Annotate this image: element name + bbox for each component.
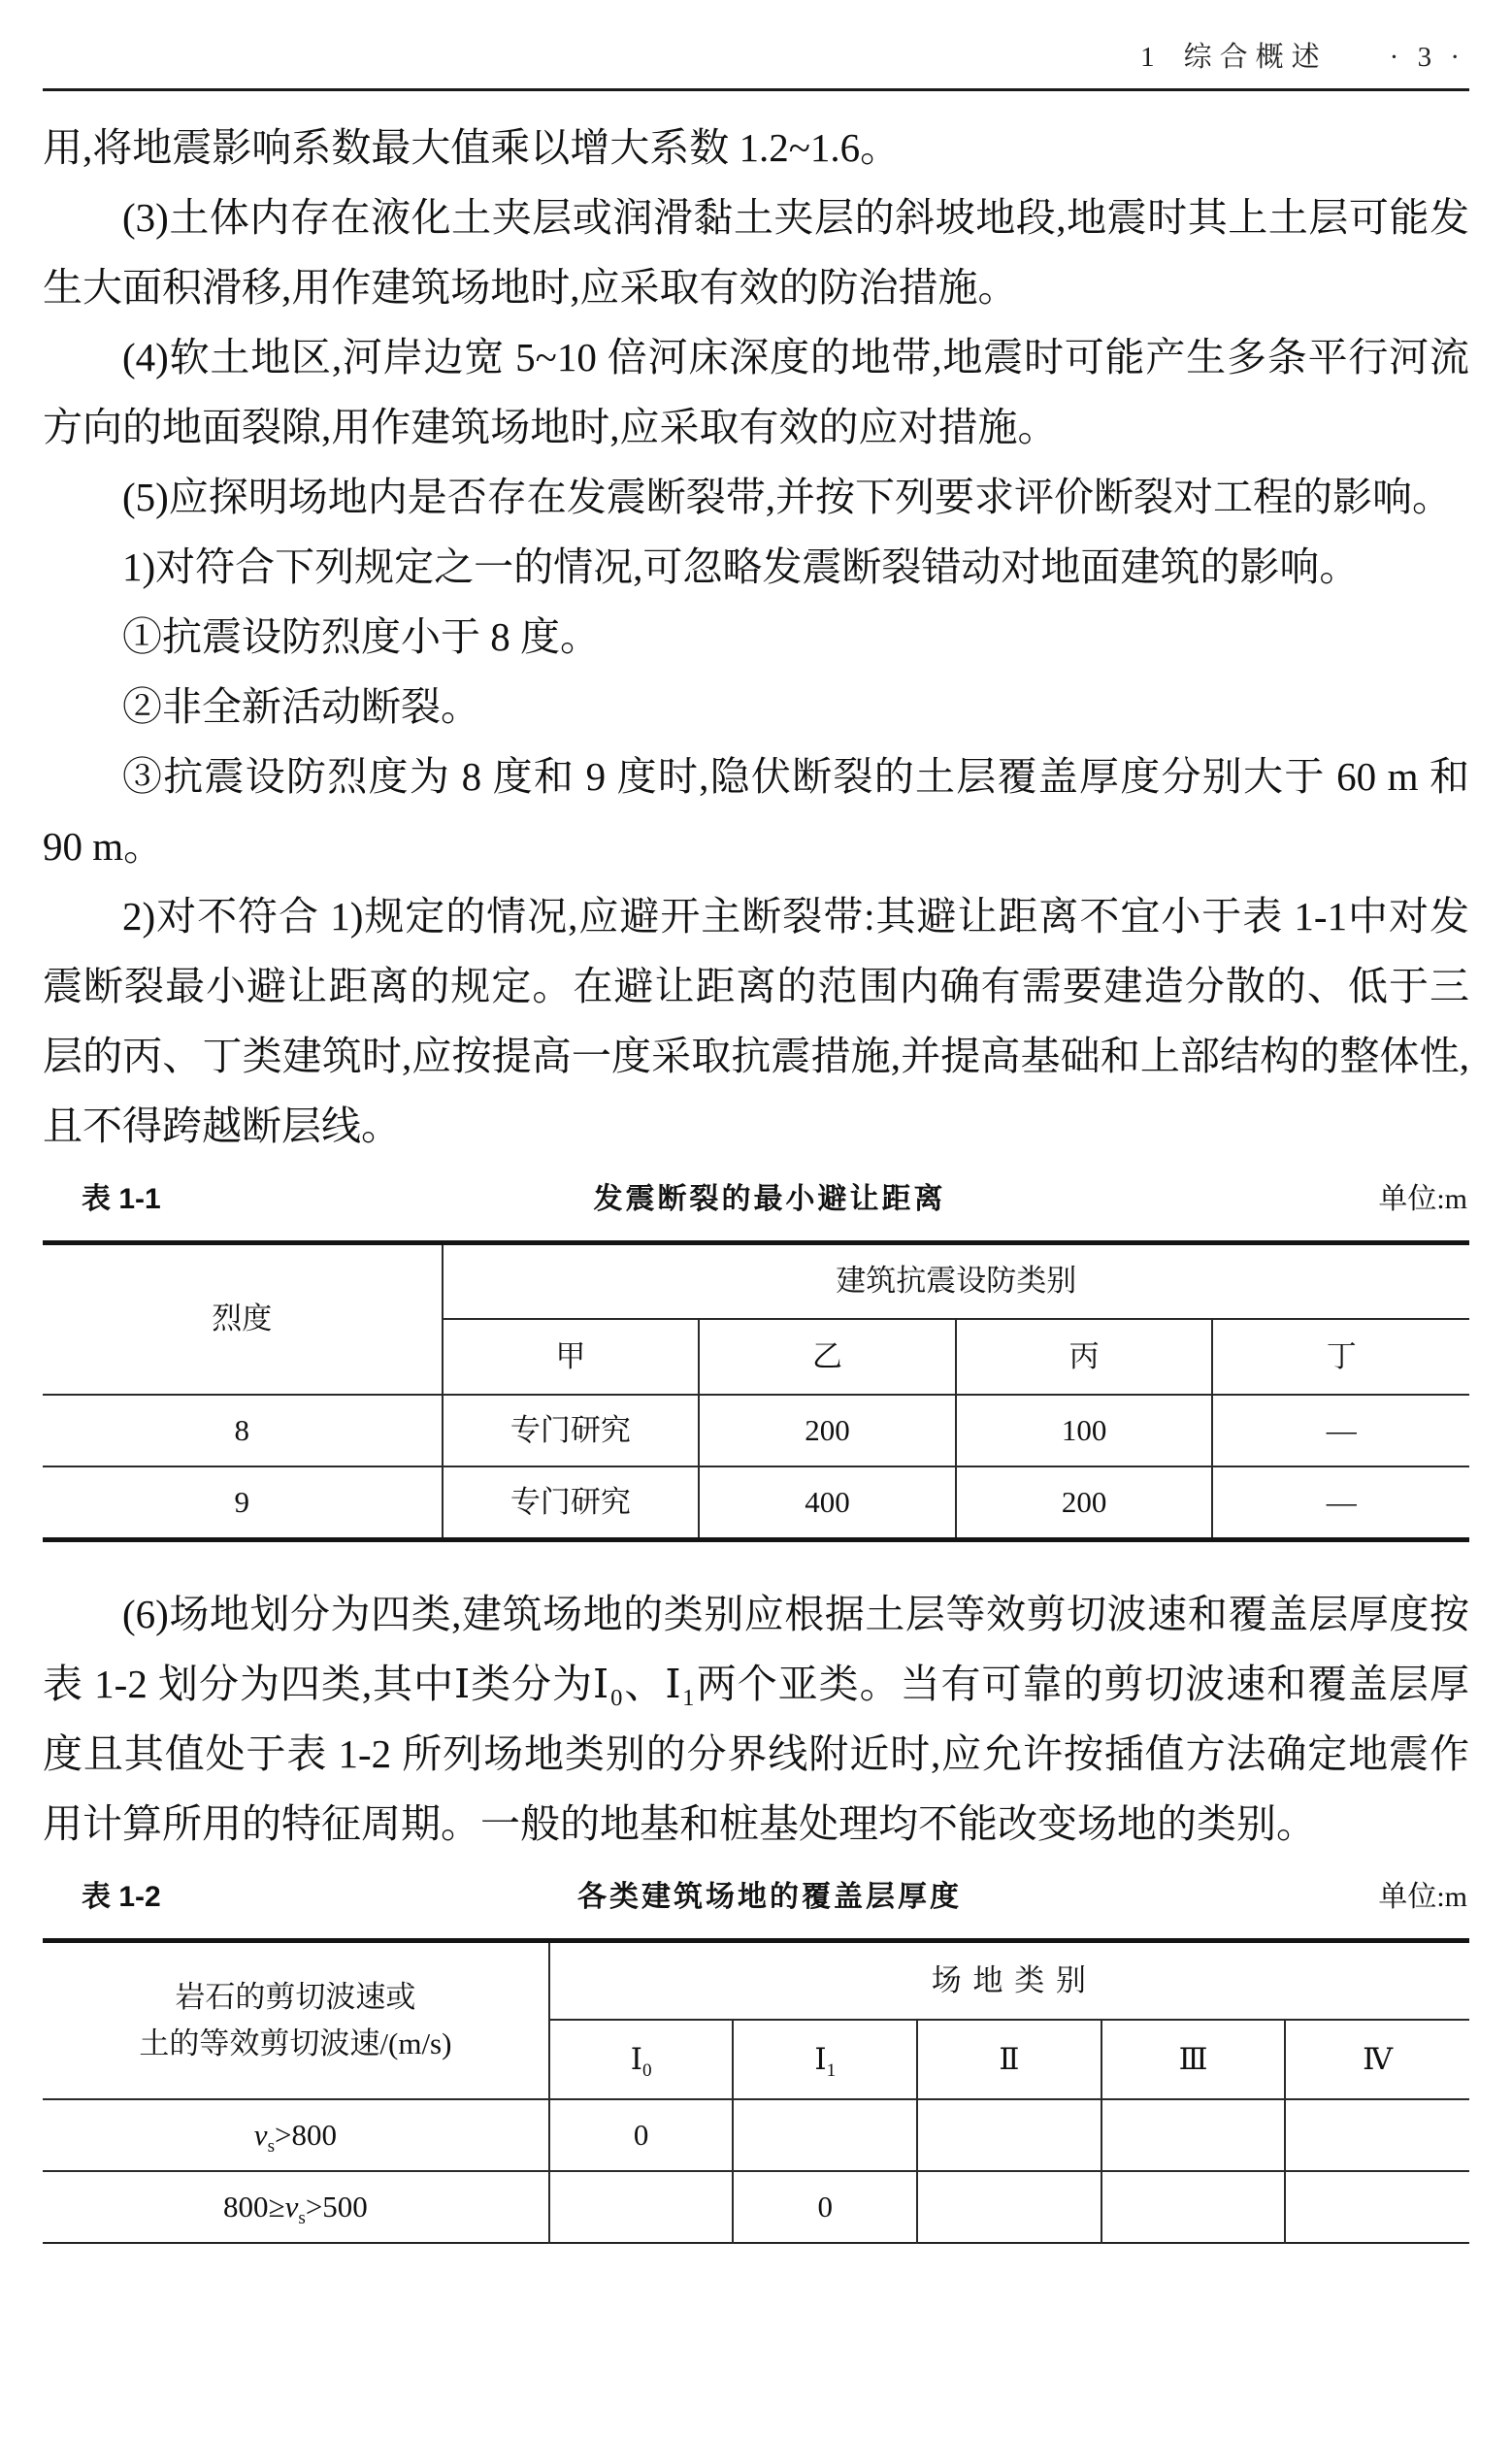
chapter-number: 1 xyxy=(1140,42,1159,74)
table2-header-class-I1: Ⅰ1 xyxy=(733,2020,917,2099)
table1-row-intensity-9: 9 专门研究 400 200 — xyxy=(43,1466,1469,1540)
paragraph-item-4: (4)软土地区,河岸边宽 5~10 倍河床深度的地带,地震时可能产生多条平行河流… xyxy=(43,322,1469,462)
table2-header-wave-speed-line2: 土的等效剪切波速/(m/s) xyxy=(49,2021,542,2067)
table2-cell xyxy=(917,2171,1101,2243)
table2-header-group: 场 地 类 别 xyxy=(549,1940,1469,2020)
header-divider xyxy=(43,88,1469,91)
table2-header-class-II: Ⅱ xyxy=(917,2020,1101,2099)
table1-header-group: 建筑抗震设防类别 xyxy=(443,1243,1469,1319)
table1-cell: 200 xyxy=(699,1395,956,1466)
table-site-cover-thickness: 岩石的剪切波速或 土的等效剪切波速/(m/s) 场 地 类 别 Ⅰ0 Ⅰ1 Ⅱ … xyxy=(43,1938,1469,2245)
chapter-title: 综合概述 xyxy=(1184,35,1328,75)
table1-cell: — xyxy=(1212,1395,1469,1466)
table2-caption: 表 1-2 各类建筑场地的覆盖层厚度 单位:m xyxy=(43,1878,1469,1917)
table1-header-row-1: 烈度 建筑抗震设防类别 xyxy=(43,1243,1469,1319)
table1-header-class-ding: 丁 xyxy=(1212,1319,1469,1395)
paragraph-circle-3: ③抗震设防烈度为 8 度和 9 度时,隐伏断裂的土层覆盖厚度分别大于 60 m … xyxy=(43,741,1469,881)
table2-cell xyxy=(1101,2099,1286,2171)
table1-cell: 专门研究 xyxy=(443,1466,700,1540)
paragraph-item-5: (5)应探明场地内是否存在发震断裂带,并按下列要求评价断裂对工程的影响。 xyxy=(43,462,1469,532)
page-number: · 3 · xyxy=(1390,42,1465,74)
table2-cell xyxy=(917,2099,1101,2171)
table2-header-class-I0: Ⅰ0 xyxy=(549,2020,734,2099)
table2-header-row-1: 岩石的剪切波速或 土的等效剪切波速/(m/s) 场 地 类 别 xyxy=(43,1940,1469,2020)
table1-cell-intensity: 9 xyxy=(43,1466,443,1540)
paragraph-continued: 用,将地震影响系数最大值乘以增大系数 1.2~1.6。 xyxy=(43,113,1469,182)
table2-cell xyxy=(549,2171,734,2243)
table1-cell: 400 xyxy=(699,1466,956,1540)
table2-header-wave-speed: 岩石的剪切波速或 土的等效剪切波速/(m/s) xyxy=(43,1940,549,2099)
table1-cell: — xyxy=(1212,1466,1469,1540)
table2-header-wave-speed-line1: 岩石的剪切波速或 xyxy=(49,1974,542,2021)
table2-header-class-IV: Ⅳ xyxy=(1285,2020,1469,2099)
table1-row-intensity-8: 8 专门研究 200 100 — xyxy=(43,1395,1469,1466)
page-header: 1 综合概述 · 3 · xyxy=(43,35,1469,75)
table2-cell xyxy=(733,2099,917,2171)
paragraph-circle-1: ①抗震设防烈度小于 8 度。 xyxy=(43,602,1469,672)
table2-cell: 0 xyxy=(549,2099,734,2171)
table1-cell-intensity: 8 xyxy=(43,1395,443,1466)
paragraph-item-3: (3)土体内存在液化土夹层或润滑黏土夹层的斜坡地段,地震时其上土层可能发生大面积… xyxy=(43,182,1469,322)
table1-header-class-bing: 丙 xyxy=(956,1319,1213,1395)
table1-cell: 100 xyxy=(956,1395,1213,1466)
table2-title: 各类建筑场地的覆盖层厚度 xyxy=(161,1878,1379,1917)
paragraph-item-6: (6)场地划分为四类,建筑场地的类别应根据土层等效剪切波速和覆盖层厚度按表 1-… xyxy=(43,1579,1469,1859)
table1-label: 表 1-1 xyxy=(82,1180,161,1219)
table2-cell xyxy=(1285,2099,1469,2171)
table1-caption: 表 1-1 发震断裂的最小避让距离 单位:m xyxy=(43,1180,1469,1219)
paragraph-circle-2: ②非全新活动断裂。 xyxy=(43,672,1469,741)
table2-row-800-to-500: 800≥vs>500 0 xyxy=(43,2171,1469,2243)
table-min-avoidance-distance: 烈度 建筑抗震设防类别 甲 乙 丙 丁 8 专门研究 200 100 — xyxy=(43,1240,1469,1542)
table2-label: 表 1-2 xyxy=(82,1878,161,1917)
table2-cell: 0 xyxy=(733,2171,917,2243)
table2-condition: 800≥vs>500 xyxy=(43,2171,549,2243)
table1-header-class-yi: 乙 xyxy=(699,1319,956,1395)
table1-header-intensity: 烈度 xyxy=(43,1243,443,1395)
table2-cell xyxy=(1101,2171,1286,2243)
main-text: 用,将地震影响系数最大值乘以增大系数 1.2~1.6。 (3)土体内存在液化土夹… xyxy=(43,113,1469,2244)
paragraph-subitem-2: 2)对不符合 1)规定的情况,应避开主断裂带:其避让距离不宜小于表 1-1中对发… xyxy=(43,881,1469,1161)
book-page: 1 综合概述 · 3 · 用,将地震影响系数最大值乘以增大系数 1.2~1.6。… xyxy=(0,0,1512,2438)
table1-cell: 专门研究 xyxy=(443,1395,700,1466)
table1-cell: 200 xyxy=(956,1466,1213,1540)
table2-condition: vs>800 xyxy=(43,2099,549,2171)
table2-header-class-III: Ⅲ xyxy=(1101,2020,1286,2099)
paragraph-subitem-1: 1)对符合下列规定之一的情况,可忽略发震断裂错动对地面建筑的影响。 xyxy=(43,532,1469,602)
table2-row-vs-gt-800: vs>800 0 xyxy=(43,2099,1469,2171)
table2-cell xyxy=(1285,2171,1469,2243)
table2-unit: 单位:m xyxy=(1378,1878,1467,1917)
table1-unit: 单位:m xyxy=(1378,1180,1467,1219)
table1-header-class-jia: 甲 xyxy=(443,1319,700,1395)
table1-title: 发震断裂的最小避让距离 xyxy=(161,1180,1379,1219)
